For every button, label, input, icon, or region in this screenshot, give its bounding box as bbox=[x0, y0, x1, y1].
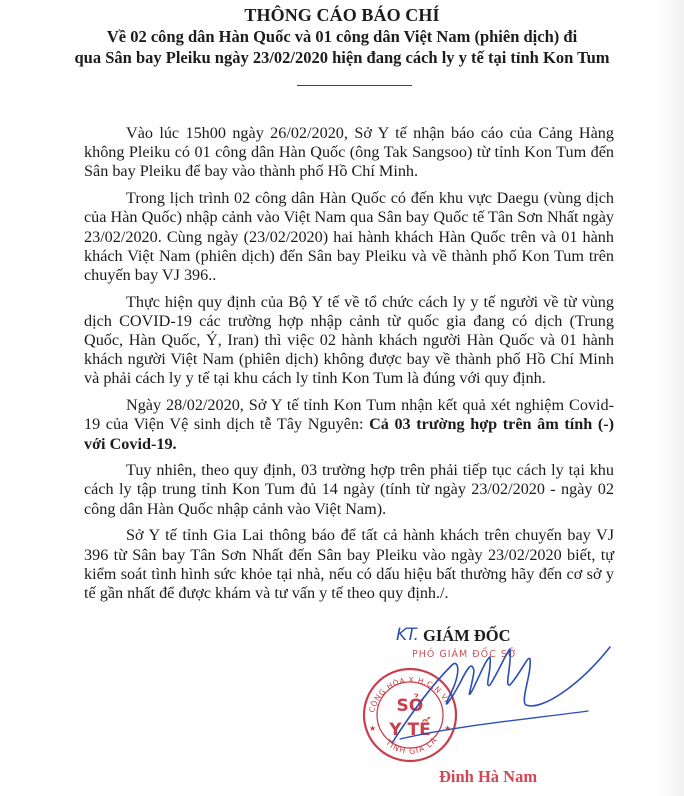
title-divider bbox=[297, 85, 412, 86]
paragraph-itinerary: Trong lịch trình 02 công dân Hàn Quốc có… bbox=[84, 189, 614, 285]
paragraph-quarantine: Tuy nhiên, theo quy định, 03 trường hợp … bbox=[84, 461, 614, 519]
document-header: THÔNG CÁO BÁO CHÍ Về 02 công dân Hàn Quố… bbox=[0, 4, 684, 68]
signature-block: CỘNG HÒA X.H.C.N VIỆT NAM TỈNH GIA LAI S… bbox=[360, 615, 684, 796]
paragraph-regulation: Thực hiện quy định của Bộ Y tế về tổ chứ… bbox=[84, 293, 614, 389]
svg-text:★: ★ bbox=[369, 724, 376, 733]
document-page: THÔNG CÁO BÁO CHÍ Về 02 công dân Hàn Quố… bbox=[0, 0, 684, 796]
paragraph-test-results: Ngày 28/02/2020, Sở Y tế tỉnh Kon Tum nh… bbox=[84, 396, 614, 454]
paragraph-arrival-report: Vào lúc 15h00 ngày 26/02/2020, Sở Y tế n… bbox=[84, 124, 614, 182]
handwritten-signature-icon bbox=[380, 625, 630, 755]
document-body: Vào lúc 15h00 ngày 26/02/2020, Sở Y tế n… bbox=[84, 124, 614, 611]
document-subtitle-line-1: Về 02 công dân Hàn Quốc và 01 công dân V… bbox=[0, 26, 684, 47]
paragraph-public-notice: Sở Y tế tỉnh Gia Lai thông báo để tất cả… bbox=[84, 526, 614, 603]
document-subtitle-line-2: qua Sân bay Pleiku ngày 23/02/2020 hiện … bbox=[0, 47, 684, 68]
signer-name: Đinh Hà Nam bbox=[439, 767, 537, 787]
document-title: THÔNG CÁO BÁO CHÍ bbox=[0, 4, 684, 26]
